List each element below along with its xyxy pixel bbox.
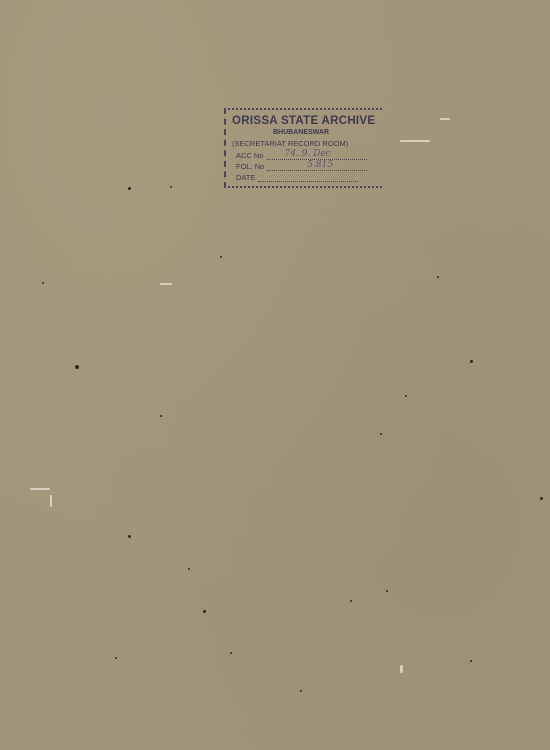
field-label: DATE [236, 173, 255, 182]
archive-stamp: ORISSA STATE ARCHIVE BHUBANESWAR (SECRET… [224, 108, 382, 188]
stamp-title: ORISSA STATE ARCHIVE [232, 115, 375, 127]
field-value: 5.815 [307, 160, 333, 170]
stamp-field-acc: ACC No74. 9. Dec [236, 151, 367, 160]
stamp-field-date: DATE [236, 173, 358, 182]
field-label: FOL. No [236, 162, 264, 171]
field-label: ACC No [236, 151, 264, 160]
stamp-field-fol: FOL. No5.815 [236, 162, 367, 171]
field-value: 74. 9. Dec [285, 149, 331, 159]
stamp-city: BHUBANESWAR [226, 129, 376, 136]
stamp-department: (SECRETARIAT RECORD ROOM) [232, 139, 348, 148]
